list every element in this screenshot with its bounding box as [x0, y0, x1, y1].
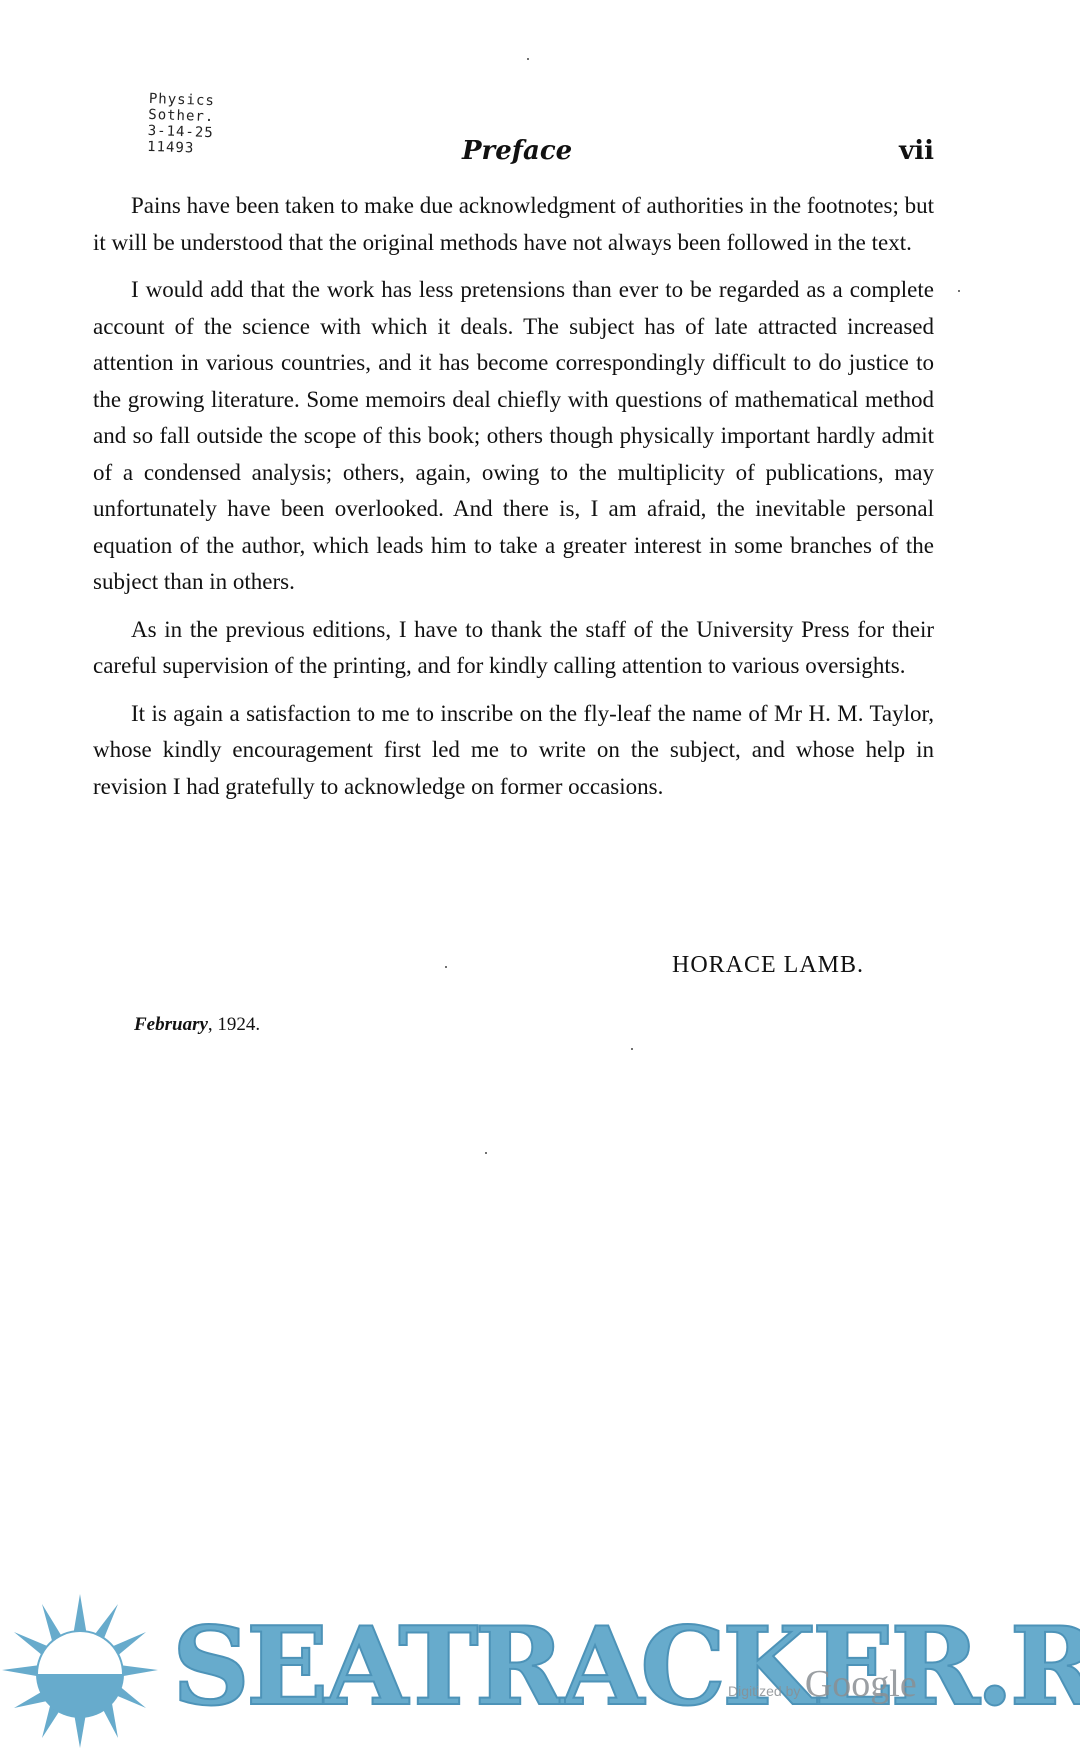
paragraph: It is again a satisfaction to me to insc… — [93, 696, 934, 806]
google-digitized-mark: Digitized by Google — [728, 1662, 917, 1706]
speck — [958, 290, 960, 292]
date-year: , 1924. — [208, 1014, 260, 1035]
date-line: February, 1924. — [134, 1014, 260, 1036]
speck — [445, 966, 447, 968]
speck — [527, 58, 529, 60]
sun-icon — [0, 1592, 160, 1748]
preface-body: Pains have been taken to make due acknow… — [93, 188, 934, 816]
paragraph: As in the previous editions, I have to t… — [93, 612, 934, 685]
author-signature: HORACE LAMB. — [672, 952, 864, 979]
watermark-text: SEATRACKER.RU — [172, 1592, 1080, 1742]
speck — [485, 1152, 487, 1154]
running-head: Preface vii — [94, 136, 934, 176]
running-title: Preface — [462, 136, 572, 166]
paragraph: Pains have been taken to make due acknow… — [93, 188, 934, 261]
date-month: February — [134, 1014, 208, 1035]
speck — [631, 1048, 633, 1050]
watermark: SEATRACKER.RU Digitized by Google — [0, 1592, 1080, 1748]
paragraph: I would add that the work has less prete… — [93, 272, 934, 601]
page-number: vii — [899, 136, 934, 166]
